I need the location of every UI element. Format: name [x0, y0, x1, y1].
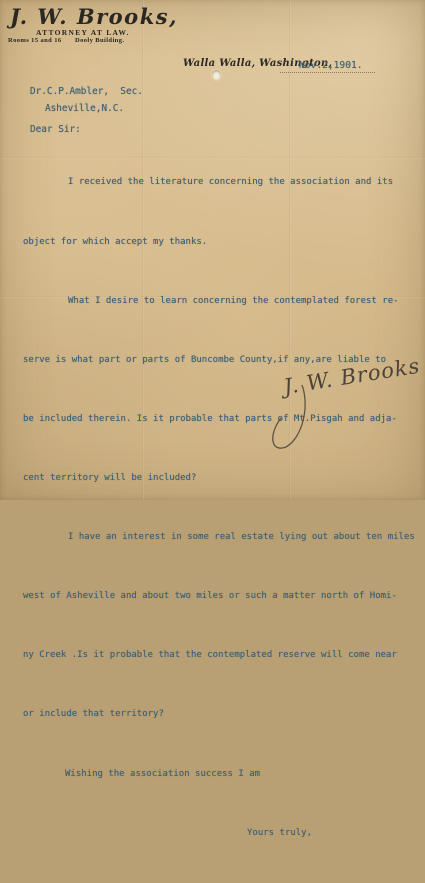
signature-text: J. W. Brooks: [278, 354, 422, 400]
letter-page: J. W. Brooks, ATTORNEY AT LAW. Rooms 15 …: [0, 0, 425, 500]
letterhead-building: Dooly Building.: [75, 37, 124, 44]
recipient-city-line: Asheville,N.C.: [45, 103, 124, 114]
letterhead-title: ATTORNEY AT LAW.: [36, 28, 130, 37]
punch-hole: [212, 70, 221, 80]
body-line: cent territory will be included?: [23, 469, 421, 489]
dateline-date: Nov.2,1901.: [299, 60, 363, 71]
recipient-line: Dr.C.P.Ambler, Sec.: [30, 86, 143, 97]
handwritten-signature: J. W. Brooks: [258, 352, 425, 457]
letterhead-rooms: Rooms 15 and 16: [8, 37, 62, 44]
body-line: I received the literature concerning the…: [23, 173, 421, 193]
body-line: object for which accept my thanks.: [23, 233, 421, 253]
body-line: What I desire to learn concerning the co…: [23, 292, 421, 312]
letterhead-name: J. W. Brooks,: [10, 4, 178, 29]
